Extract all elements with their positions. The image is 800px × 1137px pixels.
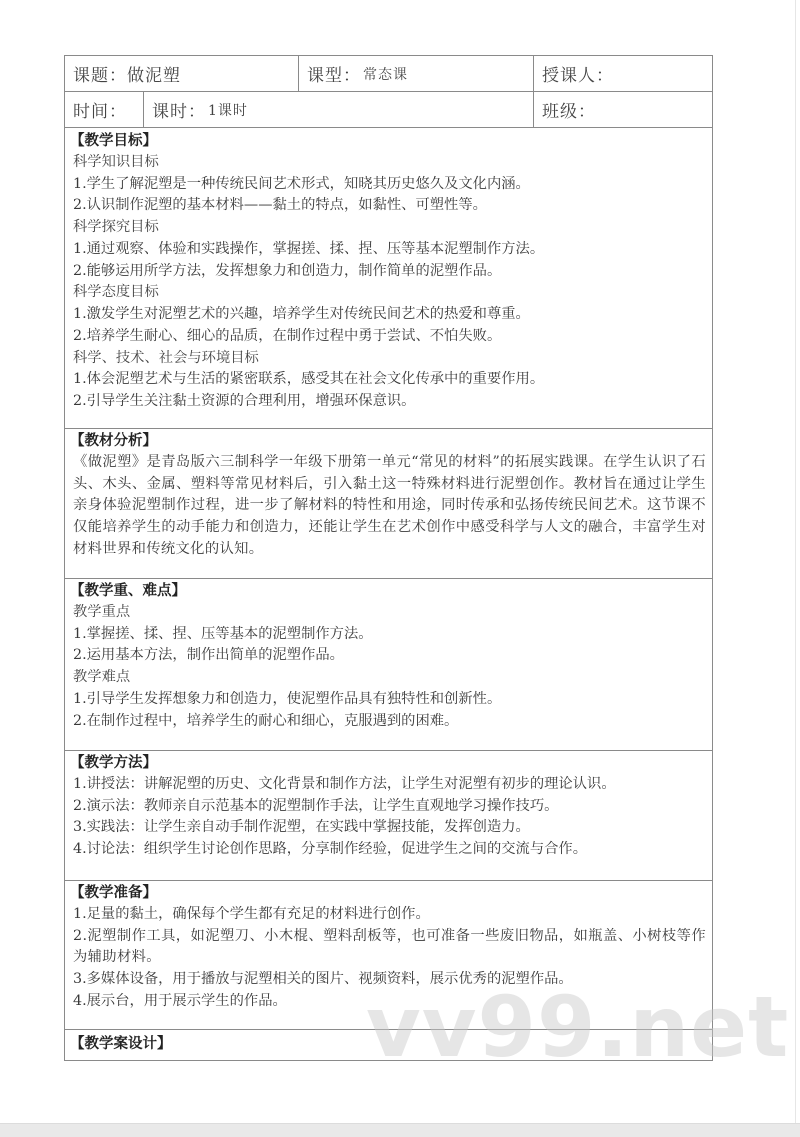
goal-item: 2.认识制作泥塑的基本材料——黏土的特点，如黏性、可塑性等。	[73, 195, 706, 217]
teaching-methods-section: 【教学方法】 1.讲授法：讲解泥塑的历史、文化背景和制作方法，让学生对泥塑有初步…	[65, 751, 712, 880]
method-item: 1.讲授法：讲解泥塑的历史、文化背景和制作方法，让学生对泥塑有初步的理论认识。	[73, 774, 706, 796]
section-heading: 【教学目标】	[70, 130, 706, 152]
section-heading: 【教学方法】	[70, 752, 706, 774]
design-row: 【教学案设计】	[65, 1030, 712, 1060]
teacher-label: 授课人：	[542, 61, 614, 86]
topic-cell: 课题： 做泥塑	[65, 56, 298, 91]
lesson-type-cell: 课型： 常态课	[298, 56, 533, 91]
teacher-cell: 授课人：	[533, 56, 712, 91]
prep-item: 4.展示台，用于展示学生的作品。	[73, 991, 706, 1013]
page-edge	[795, 0, 796, 1123]
teaching-goals-section: 【教学目标】 科学知识目标 1.学生了解泥塑是一种传统民间艺术形式，知晓其历史悠…	[65, 128, 712, 428]
class-label: 班级：	[542, 97, 596, 122]
time-label: 时间：	[73, 97, 127, 122]
section-heading: 【教学准备】	[70, 882, 706, 904]
prep-item: 3.多媒体设备，用于播放与泥塑相关的图片、视频资料，展示优秀的泥塑作品。	[73, 969, 706, 991]
method-item: 2.演示法：教师亲自示范基本的泥塑制作手法，让学生直观地学习操作技巧。	[73, 796, 706, 818]
goal-item: 2.引导学生关注黏土资源的合理利用，增强环保意识。	[73, 391, 706, 413]
prep-item: 1.足量的黏土，确保每个学生都有充足的材料进行创作。	[73, 904, 706, 926]
goal-item: 1.学生了解泥塑是一种传统民间艺术形式，知晓其历史悠久及文化内涵。	[73, 174, 706, 196]
lesson-design-section: 【教学案设计】	[65, 1030, 712, 1060]
key-difficult-points-section: 【教学重、难点】 教学重点 1.掌握搓、揉、捏、压等基本的泥塑制作方法。 2.运…	[65, 579, 712, 750]
prep-row: 【教学准备】 1.足量的黏土，确保每个学生都有充足的材料进行创作。 2.泥塑制作…	[65, 881, 712, 1030]
goals-row: 【教学目标】 科学知识目标 1.学生了解泥塑是一种传统民间艺术形式，知晓其历史悠…	[65, 128, 712, 429]
lesson-type-label: 课型：	[307, 61, 361, 86]
method-item: 4.讨论法：组织学生讨论创作思路，分享制作经验，促进学生之间的交流与合作。	[73, 839, 706, 861]
goal-group-title: 科学探究目标	[73, 217, 706, 239]
teaching-prep-section: 【教学准备】 1.足量的黏土，确保每个学生都有充足的材料进行创作。 2.泥塑制作…	[65, 881, 712, 1029]
section-heading: 【教材分析】	[70, 430, 706, 452]
lesson-type-value: 常态课	[363, 64, 408, 84]
goal-group-title: 科学知识目标	[73, 152, 706, 174]
goal-group-title: 科学态度目标	[73, 282, 706, 304]
topic-value: 做泥塑	[127, 61, 181, 86]
section-heading: 【教学案设计】	[70, 1033, 706, 1055]
keypoint-group-title: 教学难点	[73, 667, 706, 689]
goal-item: 1.体会泥塑艺术与生活的紧密联系，感受其在社会文化传承中的重要作用。	[73, 369, 706, 391]
material-paragraph: 《做泥塑》是青岛版六三制科学一年级下册第一单元“常见的材料”的拓展实践课。在学生…	[73, 452, 706, 561]
keypoint-item: 2.在制作过程中，培养学生的耐心和细心，克服遇到的困难。	[73, 711, 706, 733]
class-hours-label: 课时：	[152, 97, 206, 122]
method-item: 3.实践法：让学生亲自动手制作泥塑，在实践中掌握技能，发挥创造力。	[73, 817, 706, 839]
goal-item: 2.培养学生耐心、细心的品质，在制作过程中勇于尝试、不怕失败。	[73, 326, 706, 348]
goal-group-title: 科学、技术、社会与环境目标	[73, 348, 706, 370]
class-cell: 班级：	[533, 92, 712, 127]
material-row: 【教材分析】 《做泥塑》是青岛版六三制科学一年级下册第一单元“常见的材料”的拓展…	[65, 429, 712, 579]
goal-item: 1.激发学生对泥塑艺术的兴趣，培养学生对传统民间艺术的热爱和尊重。	[73, 304, 706, 326]
topic-label: 课题：	[73, 61, 127, 86]
methods-row: 【教学方法】 1.讲授法：讲解泥塑的历史、文化背景和制作方法，让学生对泥塑有初步…	[65, 751, 712, 881]
class-hours-value: 1课时	[208, 100, 248, 120]
keypoint-item: 2.运用基本方法，制作出简单的泥塑作品。	[73, 645, 706, 667]
page-bottom-bar	[0, 1123, 800, 1137]
prep-item: 2.泥塑制作工具，如泥塑刀、小木棍、塑料刮板等，也可准备一些废旧物品，如瓶盖、小…	[73, 926, 706, 970]
header-row-2: 时间： 课时： 1课时 班级：	[65, 92, 712, 128]
time-cell: 时间：	[65, 92, 143, 127]
keypoints-row: 【教学重、难点】 教学重点 1.掌握搓、揉、捏、压等基本的泥塑制作方法。 2.运…	[65, 579, 712, 751]
keypoint-group-title: 教学重点	[73, 602, 706, 624]
keypoint-item: 1.掌握搓、揉、捏、压等基本的泥塑制作方法。	[73, 624, 706, 646]
lesson-plan-table: 课题： 做泥塑 课型： 常态课 授课人： 时间： 课时： 1课时 班级： 【教学…	[64, 55, 713, 1061]
header-row-1: 课题： 做泥塑 课型： 常态课 授课人：	[65, 56, 712, 92]
section-heading: 【教学重、难点】	[70, 580, 706, 602]
class-hours-cell: 课时： 1课时	[143, 92, 533, 127]
keypoint-item: 1.引导学生发挥想象力和创造力，使泥塑作品具有独特性和创新性。	[73, 689, 706, 711]
goal-item: 1.通过观察、体验和实践操作，掌握搓、揉、捏、压等基本泥塑制作方法。	[73, 239, 706, 261]
goal-item: 2.能够运用所学方法，发挥想象力和创造力，制作简单的泥塑作品。	[73, 261, 706, 283]
material-analysis-section: 【教材分析】 《做泥塑》是青岛版六三制科学一年级下册第一单元“常见的材料”的拓展…	[65, 429, 712, 578]
